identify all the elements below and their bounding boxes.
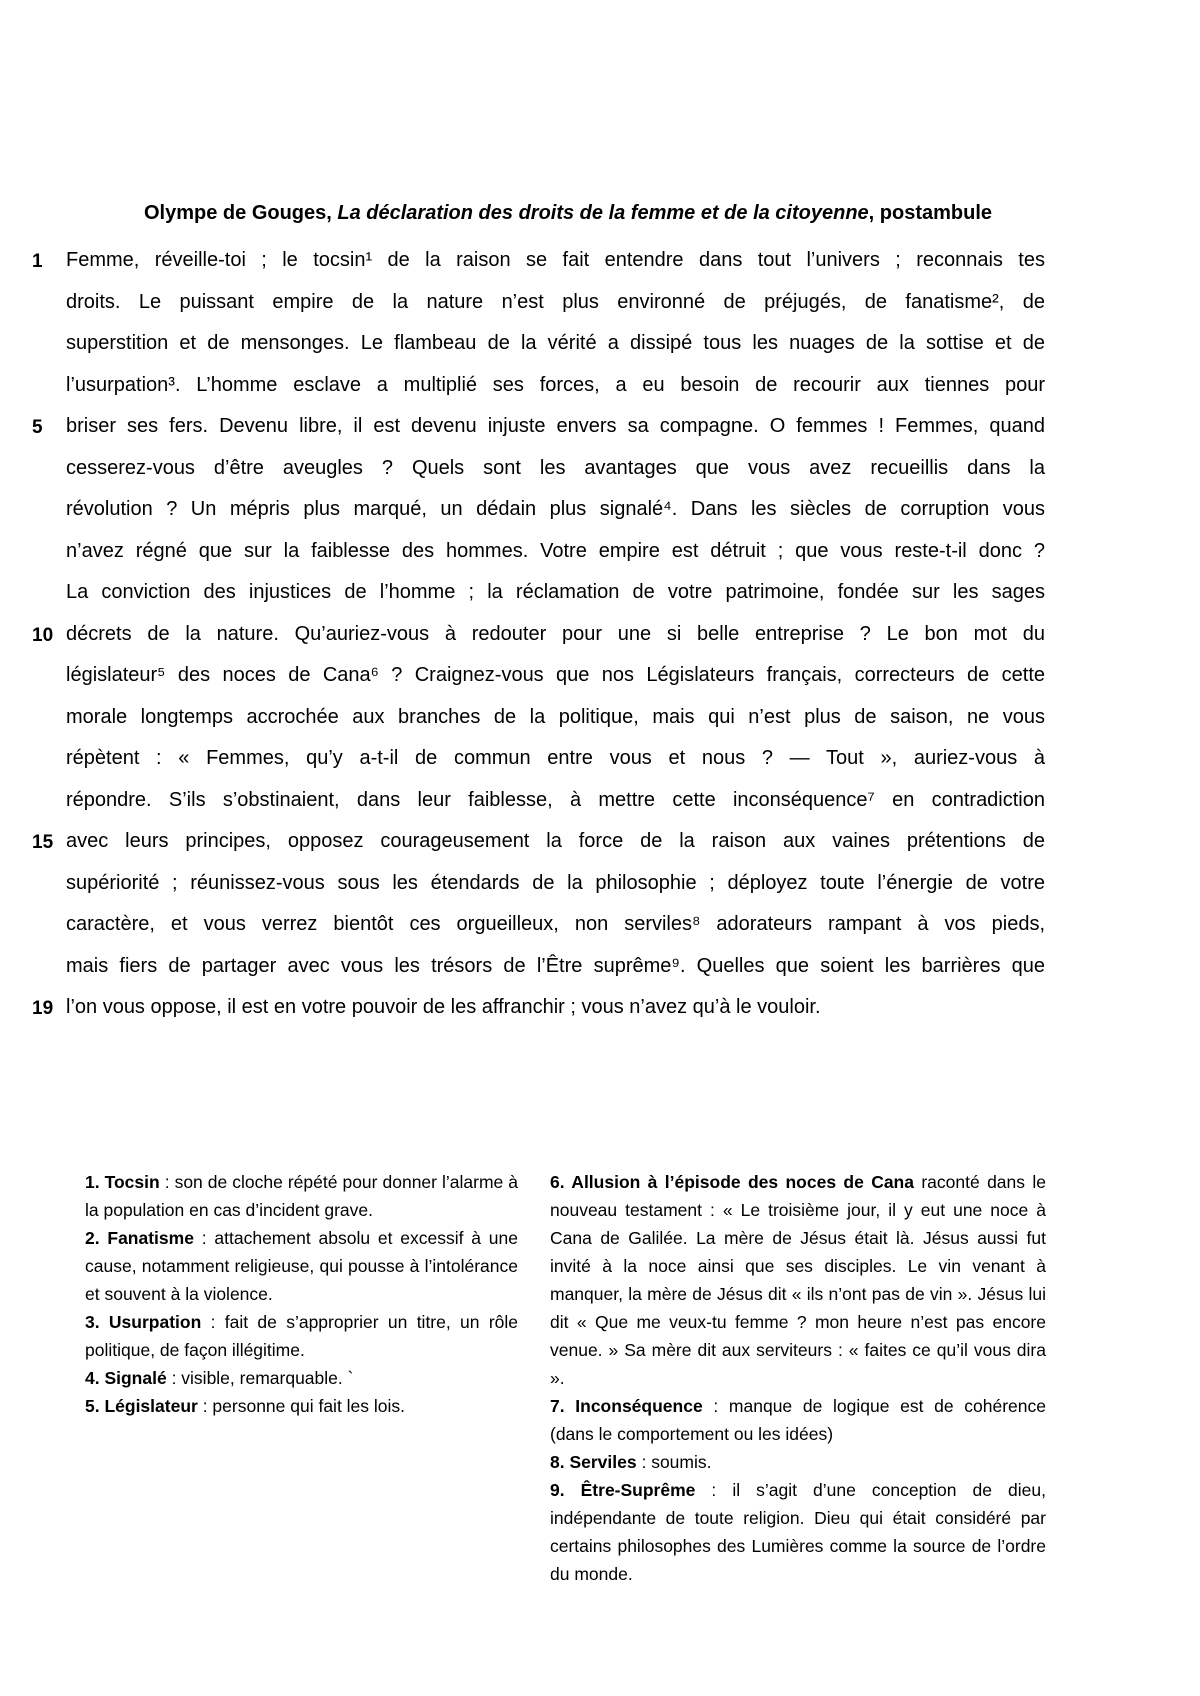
body-line-text: révolution ? Un mépris plus marqué, un d… bbox=[66, 498, 1045, 520]
title-work: La déclaration des droits de la femme et… bbox=[337, 202, 868, 224]
body-line-text: briser ses fers. Devenu libre, il est de… bbox=[66, 415, 1045, 437]
footnote-entry: 3. Usurpation : fait de s’approprier un … bbox=[85, 1308, 518, 1364]
title-author: Olympe de Gouges, bbox=[144, 202, 337, 224]
footnote-definition: : personne qui fait les lois. bbox=[198, 1396, 405, 1416]
document-page: Olympe de Gouges, La déclaration des dro… bbox=[0, 0, 1200, 1696]
footnote-entry: 1. Tocsin : son de cloche répété pour do… bbox=[85, 1168, 518, 1224]
footnote-term: 4. Signalé bbox=[85, 1368, 167, 1388]
body-line-text: droits. Le puissant empire de la nature … bbox=[66, 291, 1045, 313]
body-line: morale longtemps accrochée aux branches … bbox=[66, 697, 1045, 739]
line-number: 10 bbox=[32, 615, 64, 657]
body-line: La conviction des injustices de l’homme … bbox=[66, 572, 1045, 614]
line-number: 5 bbox=[32, 407, 64, 449]
body-line-text: législateur⁵ des noces de Cana⁶ ? Craign… bbox=[66, 664, 1045, 686]
footnote-entry: 9. Être-Suprême : il s’agit d’une concep… bbox=[550, 1476, 1046, 1588]
body-line: 1Femme, réveille-toi ; le tocsin¹ de la … bbox=[66, 240, 1045, 282]
footnote-term: 7. Inconséquence bbox=[550, 1396, 703, 1416]
footnote-entry: 4. Signalé : visible, remarquable. ` bbox=[85, 1364, 518, 1392]
body-line-text: répondre. S’ils s’obstinaient, dans leur… bbox=[66, 789, 1045, 811]
body-line: cesserez-vous d’être aveugles ? Quels so… bbox=[66, 448, 1045, 490]
line-number: 15 bbox=[32, 822, 64, 864]
footnotes-left-column: 1. Tocsin : son de cloche répété pour do… bbox=[85, 1168, 518, 1420]
footnote-term: 6. Allusion à l’épisode des noces de Can… bbox=[550, 1172, 914, 1192]
footnote-entry: 6. Allusion à l’épisode des noces de Can… bbox=[550, 1168, 1046, 1392]
body-line-text: n’avez régné que sur la faiblesse des ho… bbox=[66, 540, 1045, 562]
footnote-term: 5. Législateur bbox=[85, 1396, 198, 1416]
body-line-text: répètent : « Femmes, qu’y a-t-il de comm… bbox=[66, 747, 1045, 769]
footnote-term: 1. Tocsin bbox=[85, 1172, 160, 1192]
main-text-block: Olympe de Gouges, La déclaration des dro… bbox=[66, 200, 1045, 1029]
body-line-text: Femme, réveille-toi ; le tocsin¹ de la r… bbox=[66, 249, 1045, 271]
body-line: 15avec leurs principes, opposez courageu… bbox=[66, 821, 1045, 863]
footnote-definition: raconté dans le nouveau testament : « Le… bbox=[550, 1172, 1046, 1388]
document-title: Olympe de Gouges, La déclaration des dro… bbox=[66, 200, 1045, 226]
body-line-text: cesserez-vous d’être aveugles ? Quels so… bbox=[66, 457, 1045, 479]
footnotes-right-column: 6. Allusion à l’épisode des noces de Can… bbox=[550, 1168, 1046, 1588]
body-line: 5briser ses fers. Devenu libre, il est d… bbox=[66, 406, 1045, 448]
body-line: révolution ? Un mépris plus marqué, un d… bbox=[66, 489, 1045, 531]
body-line: législateur⁵ des noces de Cana⁶ ? Craign… bbox=[66, 655, 1045, 697]
body-line-text: caractère, et vous verrez bientôt ces or… bbox=[66, 913, 1045, 935]
body-text: 1Femme, réveille-toi ; le tocsin¹ de la … bbox=[66, 240, 1045, 1029]
body-line-text: avec leurs principes, opposez courageuse… bbox=[66, 830, 1045, 852]
footnote-entry: 8. Serviles : soumis. bbox=[550, 1448, 1046, 1476]
title-suffix: , postambule bbox=[869, 202, 992, 224]
body-line-text: La conviction des injustices de l’homme … bbox=[66, 581, 1045, 603]
body-line: superstition et de mensonges. Le flambea… bbox=[66, 323, 1045, 365]
body-line: l’usurpation³. L’homme esclave a multipl… bbox=[66, 365, 1045, 407]
body-line: supériorité ; réunissez-vous sous les ét… bbox=[66, 863, 1045, 905]
footnote-term: 9. Être-Suprême bbox=[550, 1480, 695, 1500]
body-line-text: l’on vous oppose, il est en votre pouvoi… bbox=[66, 996, 821, 1018]
body-line-text: l’usurpation³. L’homme esclave a multipl… bbox=[66, 374, 1045, 396]
footnote-definition: : visible, remarquable. ` bbox=[167, 1368, 354, 1388]
body-line: répètent : « Femmes, qu’y a-t-il de comm… bbox=[66, 738, 1045, 780]
body-line-text: morale longtemps accrochée aux branches … bbox=[66, 706, 1045, 728]
body-line: mais fiers de partager avec vous les tré… bbox=[66, 946, 1045, 988]
body-line: 19l’on vous oppose, il est en votre pouv… bbox=[66, 987, 1045, 1029]
body-line-text: décrets de la nature. Qu’auriez-vous à r… bbox=[66, 623, 1045, 645]
body-line-text: mais fiers de partager avec vous les tré… bbox=[66, 955, 1045, 977]
body-line: 10décrets de la nature. Qu’auriez-vous à… bbox=[66, 614, 1045, 656]
body-line-text: supériorité ; réunissez-vous sous les ét… bbox=[66, 872, 1045, 894]
footnote-definition: : soumis. bbox=[637, 1452, 712, 1472]
footnote-entry: 7. Inconséquence : manque de logique est… bbox=[550, 1392, 1046, 1448]
footnote-entry: 5. Législateur : personne qui fait les l… bbox=[85, 1392, 518, 1420]
footnote-term: 8. Serviles bbox=[550, 1452, 637, 1472]
body-line: répondre. S’ils s’obstinaient, dans leur… bbox=[66, 780, 1045, 822]
body-line-text: superstition et de mensonges. Le flambea… bbox=[66, 332, 1045, 354]
footnote-entry: 2. Fanatisme : attachement absolu et exc… bbox=[85, 1224, 518, 1308]
footnote-term: 3. Usurpation bbox=[85, 1312, 201, 1332]
body-line: n’avez régné que sur la faiblesse des ho… bbox=[66, 531, 1045, 573]
body-line: droits. Le puissant empire de la nature … bbox=[66, 282, 1045, 324]
footnote-term: 2. Fanatisme bbox=[85, 1228, 194, 1248]
body-line: caractère, et vous verrez bientôt ces or… bbox=[66, 904, 1045, 946]
line-number: 1 bbox=[32, 241, 64, 283]
line-number: 19 bbox=[32, 988, 64, 1030]
